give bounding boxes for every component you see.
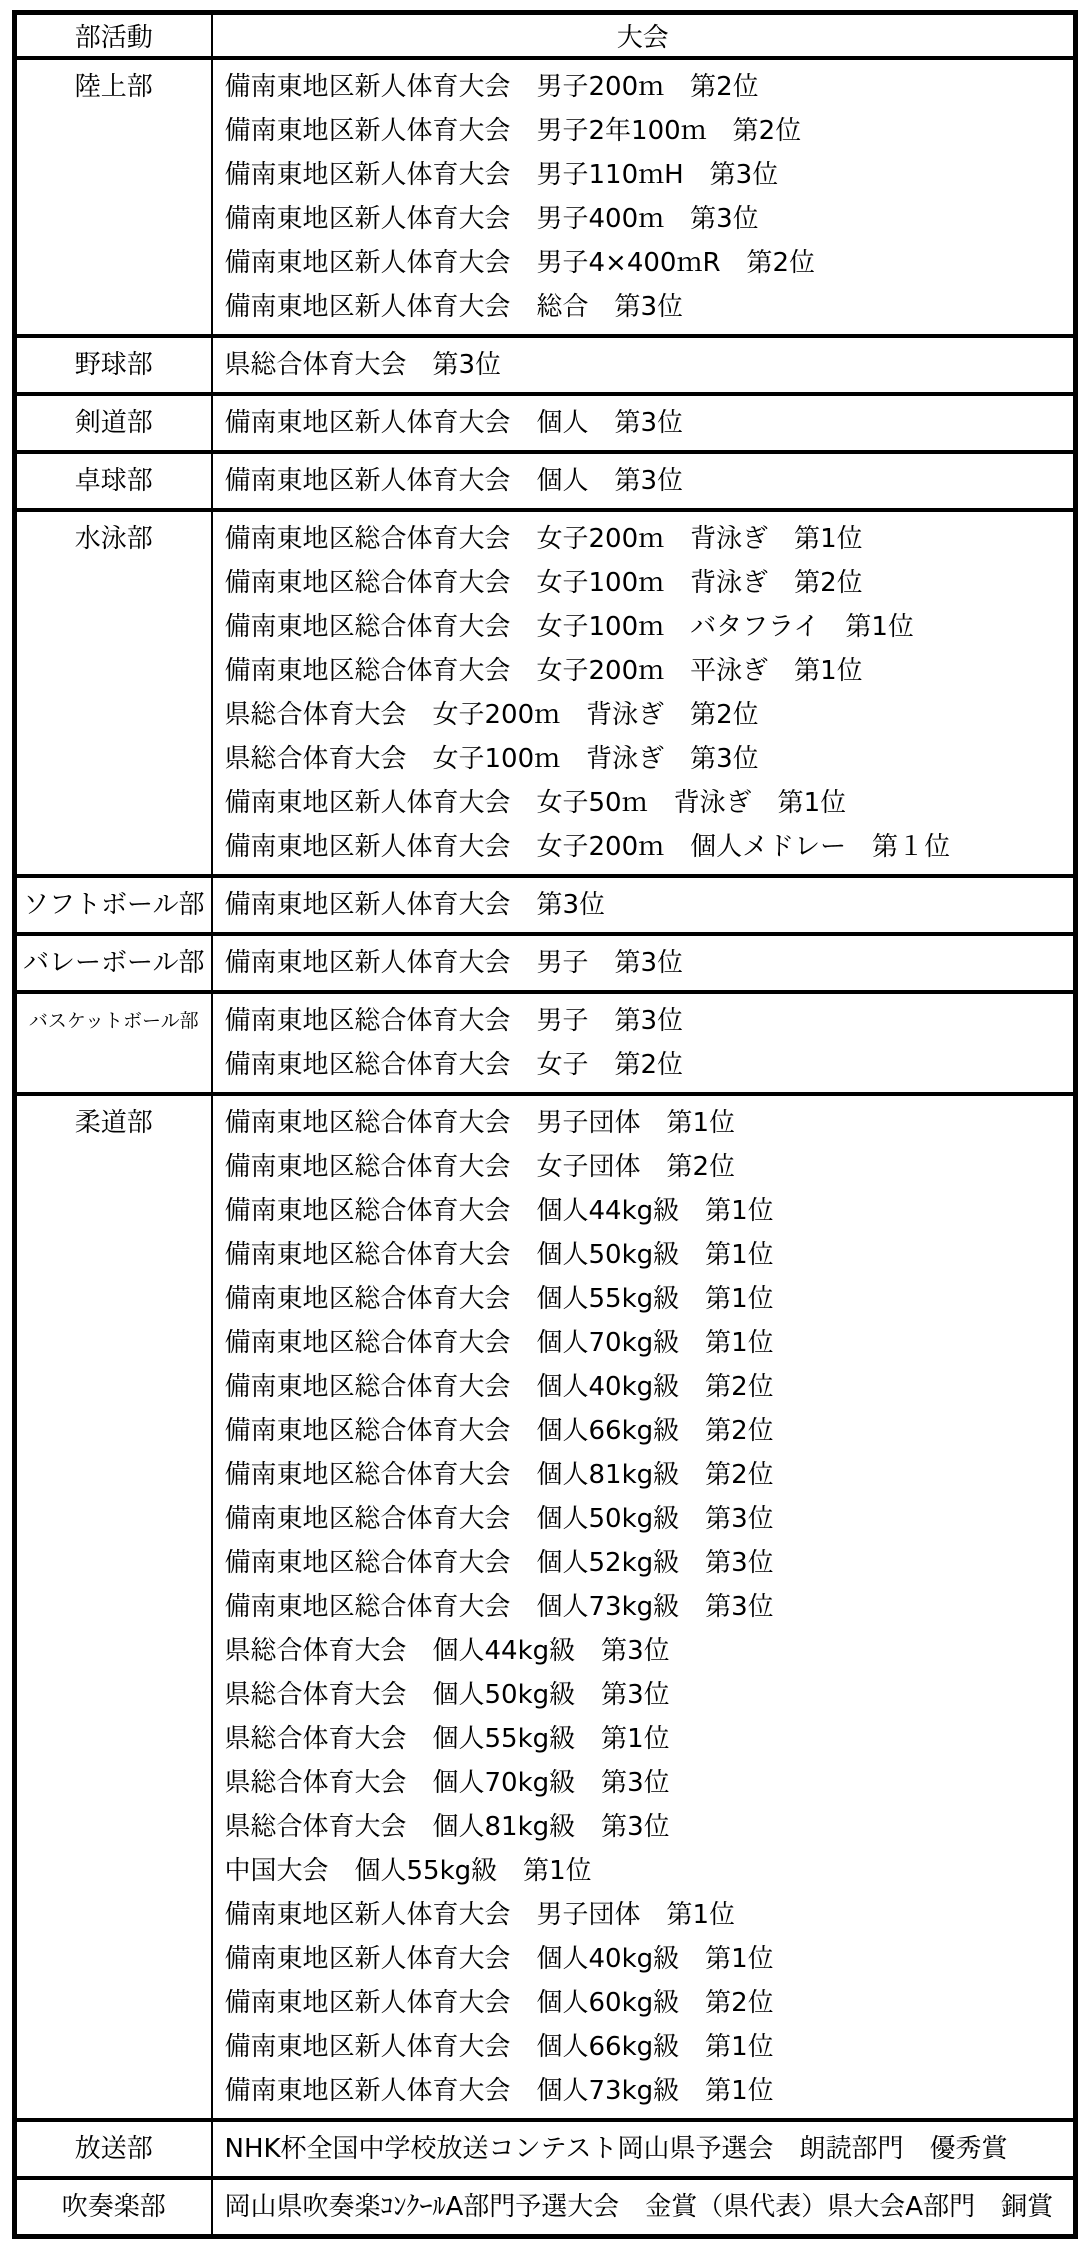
result-line: 備南東地区新人体育大会 男子400ｍ 第3位	[225, 197, 1064, 241]
result-line: 備南東地区新人体育大会 個人 第3位	[225, 459, 1064, 503]
page: 部活動 大会 陸上部備南東地区新人体育大会 男子200ｍ 第2位備南東地区新人体…	[0, 0, 1092, 2256]
table-row: バスケットボール部備南東地区総合体育大会 男子 第3位備南東地区総合体育大会 女…	[15, 992, 1076, 1094]
results-cell: 岡山県吹奏楽ｺﾝｸｰﾙA部門予選大会 金賞（県代表）県大会A部門 銅賞	[212, 2178, 1076, 2237]
result-line: 備南東地区新人体育大会 個人66kg級 第1位	[225, 2025, 1064, 2069]
result-line: 備南東地区新人体育大会 個人73kg級 第1位	[225, 2069, 1064, 2113]
results-cell: 備南東地区総合体育大会 男子 第3位備南東地区総合体育大会 女子 第2位	[212, 992, 1076, 1094]
results-cell: 備南東地区新人体育大会 男子200ｍ 第2位備南東地区新人体育大会 男子2年10…	[212, 58, 1076, 336]
table-row: 剣道部備南東地区新人体育大会 個人 第3位	[15, 394, 1076, 452]
result-line: 備南東地区総合体育大会 女子100ｍ 背泳ぎ 第2位	[225, 561, 1064, 605]
result-line: 備南東地区総合体育大会 女子200ｍ 平泳ぎ 第1位	[225, 649, 1064, 693]
result-line: 備南東地区総合体育大会 個人50kg級 第3位	[225, 1497, 1064, 1541]
result-line: 県総合体育大会 個人55kg級 第1位	[225, 1717, 1064, 1761]
table-row: ソフトボール部備南東地区新人体育大会 第3位	[15, 876, 1076, 934]
results-cell: 県総合体育大会 第3位	[212, 336, 1076, 394]
result-line: 備南東地区総合体育大会 個人70kg級 第1位	[225, 1321, 1064, 1365]
result-line: 岡山県吹奏楽ｺﾝｸｰﾙA部門予選大会 金賞（県代表）県大会A部門 銅賞	[225, 2185, 1064, 2229]
table-row: 水泳部備南東地区総合体育大会 女子200ｍ 背泳ぎ 第1位備南東地区総合体育大会…	[15, 510, 1076, 876]
table-row: バレーボール部備南東地区新人体育大会 男子 第3位	[15, 934, 1076, 992]
table-row: 卓球部備南東地区新人体育大会 個人 第3位	[15, 452, 1076, 510]
table-row: 野球部県総合体育大会 第3位	[15, 336, 1076, 394]
result-line: 備南東地区総合体育大会 女子 第2位	[225, 1043, 1064, 1087]
results-cell: 備南東地区総合体育大会 男子団体 第1位備南東地区総合体育大会 女子団体 第2位…	[212, 1094, 1076, 2120]
table-row: 陸上部備南東地区新人体育大会 男子200ｍ 第2位備南東地区新人体育大会 男子2…	[15, 58, 1076, 336]
table-row: 吹奏楽部岡山県吹奏楽ｺﾝｸｰﾙA部門予選大会 金賞（県代表）県大会A部門 銅賞	[15, 2178, 1076, 2237]
result-line: 備南東地区新人体育大会 女子200ｍ 個人メドレー 第１位	[225, 825, 1064, 869]
result-line: 備南東地区新人体育大会 男子団体 第1位	[225, 1893, 1064, 1937]
result-line: NHK杯全国中学校放送コンテスト岡山県予選会 朗読部門 優秀賞	[225, 2127, 1064, 2171]
result-line: 備南東地区総合体育大会 個人52kg級 第3位	[225, 1541, 1064, 1585]
club-cell: 卓球部	[15, 452, 212, 510]
result-line: 備南東地区新人体育大会 個人60kg級 第2位	[225, 1981, 1064, 2025]
result-line: 備南東地区総合体育大会 個人44kg級 第1位	[225, 1189, 1064, 1233]
results-cell: 備南東地区新人体育大会 個人 第3位	[212, 452, 1076, 510]
result-line: 県総合体育大会 個人70kg級 第3位	[225, 1761, 1064, 1805]
results-cell: 備南東地区新人体育大会 第3位	[212, 876, 1076, 934]
club-cell: 柔道部	[15, 1094, 212, 2120]
result-line: 備南東地区総合体育大会 男子団体 第1位	[225, 1101, 1064, 1145]
result-line: 備南東地区新人体育大会 男子 第3位	[225, 941, 1064, 985]
result-line: 備南東地区新人体育大会 総合 第3位	[225, 285, 1064, 329]
result-line: 備南東地区新人体育大会 女子50ｍ 背泳ぎ 第1位	[225, 781, 1064, 825]
result-line: 県総合体育大会 女子200ｍ 背泳ぎ 第2位	[225, 693, 1064, 737]
result-line: 備南東地区新人体育大会 個人 第3位	[225, 401, 1064, 445]
header-club: 部活動	[15, 13, 212, 59]
table-row: 柔道部備南東地区総合体育大会 男子団体 第1位備南東地区総合体育大会 女子団体 …	[15, 1094, 1076, 2120]
club-results-table: 部活動 大会 陸上部備南東地区新人体育大会 男子200ｍ 第2位備南東地区新人体…	[12, 10, 1078, 2239]
result-line: 備南東地区総合体育大会 個人50kg級 第1位	[225, 1233, 1064, 1277]
club-cell: 吹奏楽部	[15, 2178, 212, 2237]
club-cell: バスケットボール部	[15, 992, 212, 1094]
result-line: 備南東地区新人体育大会 個人40kg級 第1位	[225, 1937, 1064, 1981]
result-line: 備南東地区新人体育大会 男子4×400ｍR 第2位	[225, 241, 1064, 285]
results-cell: NHK杯全国中学校放送コンテスト岡山県予選会 朗読部門 優秀賞	[212, 2120, 1076, 2178]
club-cell: バレーボール部	[15, 934, 212, 992]
result-line: 県総合体育大会 個人44kg級 第3位	[225, 1629, 1064, 1673]
club-cell: 水泳部	[15, 510, 212, 876]
club-cell: 野球部	[15, 336, 212, 394]
club-cell: 放送部	[15, 2120, 212, 2178]
results-cell: 備南東地区新人体育大会 男子 第3位	[212, 934, 1076, 992]
result-line: 県総合体育大会 個人50kg級 第3位	[225, 1673, 1064, 1717]
result-line: 備南東地区総合体育大会 個人73kg級 第3位	[225, 1585, 1064, 1629]
club-cell: 陸上部	[15, 58, 212, 336]
table-body: 部活動 大会 陸上部備南東地区新人体育大会 男子200ｍ 第2位備南東地区新人体…	[15, 13, 1076, 2237]
result-line: 備南東地区総合体育大会 個人81kg級 第2位	[225, 1453, 1064, 1497]
result-line: 備南東地区新人体育大会 第3位	[225, 883, 1064, 927]
header-competition: 大会	[212, 13, 1076, 59]
club-cell: 剣道部	[15, 394, 212, 452]
result-line: 備南東地区総合体育大会 個人55kg級 第1位	[225, 1277, 1064, 1321]
result-line: 県総合体育大会 第3位	[225, 343, 1064, 387]
result-line: 備南東地区総合体育大会 女子200ｍ 背泳ぎ 第1位	[225, 517, 1064, 561]
result-line: 備南東地区新人体育大会 男子200ｍ 第2位	[225, 65, 1064, 109]
result-line: 備南東地区総合体育大会 個人40kg級 第2位	[225, 1365, 1064, 1409]
result-line: 県総合体育大会 個人81kg級 第3位	[225, 1805, 1064, 1849]
result-line: 県総合体育大会 女子100ｍ 背泳ぎ 第3位	[225, 737, 1064, 781]
result-line: 備南東地区総合体育大会 女子団体 第2位	[225, 1145, 1064, 1189]
results-cell: 備南東地区総合体育大会 女子200ｍ 背泳ぎ 第1位備南東地区総合体育大会 女子…	[212, 510, 1076, 876]
result-line: 備南東地区総合体育大会 男子 第3位	[225, 999, 1064, 1043]
club-cell: ソフトボール部	[15, 876, 212, 934]
table-row: 放送部NHK杯全国中学校放送コンテスト岡山県予選会 朗読部門 優秀賞	[15, 2120, 1076, 2178]
result-line: 備南東地区総合体育大会 女子100ｍ バタフライ 第1位	[225, 605, 1064, 649]
result-line: 中国大会 個人55kg級 第1位	[225, 1849, 1064, 1893]
header-row: 部活動 大会	[15, 13, 1076, 59]
results-cell: 備南東地区新人体育大会 個人 第3位	[212, 394, 1076, 452]
result-line: 備南東地区新人体育大会 男子110ｍH 第3位	[225, 153, 1064, 197]
result-line: 備南東地区新人体育大会 男子2年100ｍ 第2位	[225, 109, 1064, 153]
result-line: 備南東地区総合体育大会 個人66kg級 第2位	[225, 1409, 1064, 1453]
